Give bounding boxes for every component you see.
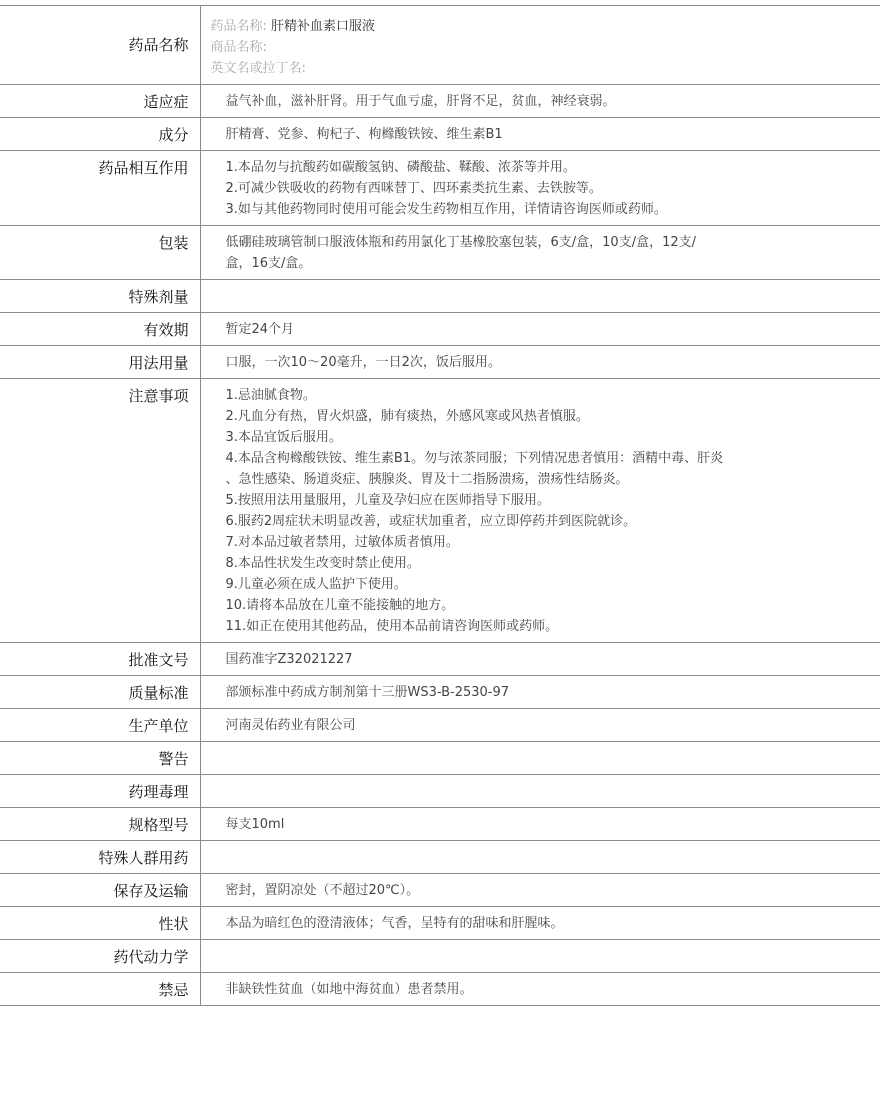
row-value xyxy=(200,940,880,973)
row-value-line: 非缺铁性贫血（如地中海贫血）患者禁用。 xyxy=(226,979,771,1000)
row-value: 口服，一次10～20毫升，一日2次，饭后服用。 xyxy=(200,346,880,379)
row-value: 本品为暗红色的澄清液体；气香，呈特有的甜味和肝腥味。 xyxy=(200,907,880,940)
generic-name-prefix: 药品名称: xyxy=(211,19,267,34)
english-name-prefix: 英文名或拉丁名: xyxy=(211,61,306,76)
row-value: 肝精膏、党参、枸杞子、枸橼酸铁铵、维生素B1 xyxy=(200,118,880,151)
row-value-line: 3.本品宜饭后服用。 xyxy=(226,427,771,448)
row-value-line: 5.按照用法用量服用，儿童及孕妇应在医师指导下服用。 xyxy=(226,490,771,511)
row-value-line: 、急性感染、肠道炎症、胰腺炎、胃及十二指肠溃疡，溃疡性结肠炎。 xyxy=(226,469,771,490)
row-value-line: 部颁标准中药成方制剂第十三册WS3-B-2530-97 xyxy=(226,682,771,703)
row-value: 1.忌油腻食物。2.凡血分有热，胃火炽盛，肺有痰热，外感风寒或风热者慎服。3.本… xyxy=(200,379,880,643)
english-name-line: 英文名或拉丁名: xyxy=(211,58,771,79)
row-value: 河南灵佑药业有限公司 xyxy=(200,709,880,742)
row-value-line: 低硼硅玻璃管制口服液体瓶和药用氯化丁基橡胶塞包装，6支/盒，10支/盒，12支/ xyxy=(226,232,771,253)
row-label: 规格型号 xyxy=(0,808,200,841)
table-row: 规格型号 每支10ml xyxy=(0,808,880,841)
row-value-line: 口服，一次10～20毫升，一日2次，饭后服用。 xyxy=(226,352,771,373)
table-row: 性状 本品为暗红色的澄清液体；气香，呈特有的甜味和肝腥味。 xyxy=(0,907,880,940)
row-value-line: 暂定24个月 xyxy=(226,319,771,340)
drug-info-table: 药品名称 药品名称: 肝精补血素口服液 商品名称: 英文名或拉丁名: 适应症 益… xyxy=(0,5,880,1006)
row-value-line: 1.本品勿与抗酸药如碳酸氢钠、磷酸盐、鞣酸、浓茶等并用。 xyxy=(226,157,771,178)
trade-name-line: 商品名称: xyxy=(211,37,771,58)
table-row: 用法用量 口服，一次10～20毫升，一日2次，饭后服用。 xyxy=(0,346,880,379)
row-value xyxy=(200,841,880,874)
row-label: 适应症 xyxy=(0,85,200,118)
table-row: 成分 肝精膏、党参、枸杞子、枸橼酸铁铵、维生素B1 xyxy=(0,118,880,151)
row-value: 暂定24个月 xyxy=(200,313,880,346)
row-value-line: 肝精膏、党参、枸杞子、枸橼酸铁铵、维生素B1 xyxy=(226,124,771,145)
row-value xyxy=(200,775,880,808)
row-value-line: 4.本品含枸橼酸铁铵、维生素B1。勿与浓茶同服；下列情况患者慎用：酒精中毒、肝炎 xyxy=(226,448,771,469)
row-value: 国药准字Z32021227 xyxy=(200,643,880,676)
row-value-line: 益气补血，滋补肝肾。用于气血亏虚，肝肾不足，贫血，神经衰弱。 xyxy=(226,91,771,112)
row-value: 非缺铁性贫血（如地中海贫血）患者禁用。 xyxy=(200,973,880,1006)
table-row: 药理毒理 xyxy=(0,775,880,808)
row-value-line: 1.忌油腻食物。 xyxy=(226,385,771,406)
table-row: 包装 低硼硅玻璃管制口服液体瓶和药用氯化丁基橡胶塞包装，6支/盒，10支/盒，1… xyxy=(0,226,880,280)
row-label: 成分 xyxy=(0,118,200,151)
table-row: 特殊人群用药 xyxy=(0,841,880,874)
row-value-line: 盒，16支/盒。 xyxy=(226,253,771,274)
row-value xyxy=(200,742,880,775)
row-value xyxy=(200,280,880,313)
row-value: 每支10ml xyxy=(200,808,880,841)
row-value-line: 每支10ml xyxy=(226,814,771,835)
row-label: 药品相互作用 xyxy=(0,151,200,226)
row-value-line: 7.对本品过敏者禁用，过敏体质者慎用。 xyxy=(226,532,771,553)
table-row: 保存及运输 密封，置阴凉处（不超过20℃）。 xyxy=(0,874,880,907)
table-row: 药代动力学 xyxy=(0,940,880,973)
row-value-line: 本品为暗红色的澄清液体；气香，呈特有的甜味和肝腥味。 xyxy=(226,913,771,934)
row-value-line: 9.儿童必须在成人监护下使用。 xyxy=(226,574,771,595)
row-label: 用法用量 xyxy=(0,346,200,379)
table-row: 有效期 暂定24个月 xyxy=(0,313,880,346)
row-value-line: 11.如正在使用其他药品，使用本品前请咨询医师或药师。 xyxy=(226,616,771,637)
row-label: 保存及运输 xyxy=(0,874,200,907)
table-row: 特殊剂量 xyxy=(0,280,880,313)
table-row: 禁忌 非缺铁性贫血（如地中海贫血）患者禁用。 xyxy=(0,973,880,1006)
row-label: 有效期 xyxy=(0,313,200,346)
row-label: 包装 xyxy=(0,226,200,280)
row-value-line: 10.请将本品放在儿童不能接触的地方。 xyxy=(226,595,771,616)
row-label: 批准文号 xyxy=(0,643,200,676)
row-value-line: 8.本品性状发生改变时禁止使用。 xyxy=(226,553,771,574)
table-row: 药品相互作用 1.本品勿与抗酸药如碳酸氢钠、磷酸盐、鞣酸、浓茶等并用。2.可减少… xyxy=(0,151,880,226)
row-value: 密封，置阴凉处（不超过20℃）。 xyxy=(200,874,880,907)
row-label: 药品名称 xyxy=(0,6,200,85)
row-value-line: 密封，置阴凉处（不超过20℃）。 xyxy=(226,880,771,901)
table-row: 质量标准 部颁标准中药成方制剂第十三册WS3-B-2530-97 xyxy=(0,676,880,709)
row-value: 部颁标准中药成方制剂第十三册WS3-B-2530-97 xyxy=(200,676,880,709)
generic-name-value: 肝精补血素口服液 xyxy=(271,19,375,34)
row-value-line: 6.服药2周症状未明显改善，或症状加重者，应立即停药并到医院就诊。 xyxy=(226,511,771,532)
row-value: 低硼硅玻璃管制口服液体瓶和药用氯化丁基橡胶塞包装，6支/盒，10支/盒，12支/… xyxy=(200,226,880,280)
table-row: 批准文号 国药准字Z32021227 xyxy=(0,643,880,676)
row-value-line: 国药准字Z32021227 xyxy=(226,649,771,670)
row-value-line: 3.如与其他药物同时使用可能会发生药物相互作用，详情请咨询医师或药师。 xyxy=(226,199,771,220)
row-label: 注意事项 xyxy=(0,379,200,643)
table-row: 适应症 益气补血，滋补肝肾。用于气血亏虚，肝肾不足，贫血，神经衰弱。 xyxy=(0,85,880,118)
row-label: 特殊人群用药 xyxy=(0,841,200,874)
row-value-line: 河南灵佑药业有限公司 xyxy=(226,715,771,736)
row-value: 1.本品勿与抗酸药如碳酸氢钠、磷酸盐、鞣酸、浓茶等并用。2.可减少铁吸收的药物有… xyxy=(200,151,880,226)
row-label: 药代动力学 xyxy=(0,940,200,973)
row-label: 药理毒理 xyxy=(0,775,200,808)
row-label: 质量标准 xyxy=(0,676,200,709)
drug-name-block: 药品名称: 肝精补血素口服液 商品名称: 英文名或拉丁名: xyxy=(200,6,880,85)
row-label: 禁忌 xyxy=(0,973,200,1006)
row-label: 特殊剂量 xyxy=(0,280,200,313)
row-label: 性状 xyxy=(0,907,200,940)
table-row: 警告 xyxy=(0,742,880,775)
trade-name-prefix: 商品名称: xyxy=(211,40,267,55)
table-row: 生产单位 河南灵佑药业有限公司 xyxy=(0,709,880,742)
row-value: 益气补血，滋补肝肾。用于气血亏虚，肝肾不足，贫血，神经衰弱。 xyxy=(200,85,880,118)
table-row: 注意事项 1.忌油腻食物。2.凡血分有热，胃火炽盛，肺有痰热，外感风寒或风热者慎… xyxy=(0,379,880,643)
generic-name-line: 药品名称: 肝精补血素口服液 xyxy=(211,16,771,37)
row-label: 警告 xyxy=(0,742,200,775)
table-row-drug-name: 药品名称 药品名称: 肝精补血素口服液 商品名称: 英文名或拉丁名: xyxy=(0,6,880,85)
row-value-line: 2.可减少铁吸收的药物有西咪替丁、四环素类抗生素、去铁胺等。 xyxy=(226,178,771,199)
row-value-line: 2.凡血分有热，胃火炽盛，肺有痰热，外感风寒或风热者慎服。 xyxy=(226,406,771,427)
row-label: 生产单位 xyxy=(0,709,200,742)
